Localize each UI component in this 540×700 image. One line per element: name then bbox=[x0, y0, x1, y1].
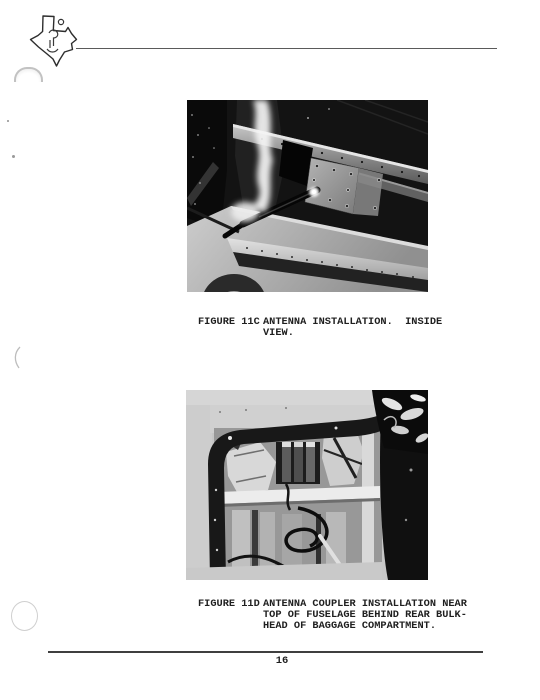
manual-page: FIGURE 11C ANTENNA INSTALLATION. INSIDE … bbox=[0, 0, 540, 700]
figure-11d-photo bbox=[186, 390, 428, 580]
page-number: 16 bbox=[262, 655, 302, 667]
figure-11d-caption: FIGURE 11D ANTENNA COUPLER INSTALLATION … bbox=[198, 599, 467, 631]
antenna-coupler-photo bbox=[186, 390, 428, 580]
scan-artifact-paren bbox=[12, 346, 22, 369]
footer-rule bbox=[48, 651, 483, 653]
caption-line: HEAD OF BAGGAGE COMPARTMENT. bbox=[263, 621, 467, 632]
scan-artifact-ring bbox=[11, 601, 38, 631]
scan-artifact-arc bbox=[14, 67, 43, 82]
header-rule bbox=[76, 48, 497, 49]
antenna-inside-view-photo bbox=[187, 100, 428, 292]
figure-label: FIGURE 11D bbox=[198, 599, 263, 631]
caption-line: TOP OF FUSELAGE BEHIND REAR BULK- bbox=[263, 610, 467, 621]
figure-caption-text: ANTENNA INSTALLATION. INSIDE VIEW. bbox=[263, 317, 442, 339]
figure-caption-text: ANTENNA COUPLER INSTALLATION NEAR TOP OF… bbox=[263, 599, 467, 631]
texas-outline-icon bbox=[27, 13, 81, 69]
scan-artifact-dot bbox=[12, 155, 15, 158]
figure-11c-photo bbox=[187, 100, 428, 292]
texas-logo bbox=[27, 13, 81, 69]
figure-label: FIGURE 11C bbox=[198, 317, 263, 339]
scan-artifact-dot bbox=[7, 120, 9, 122]
figure-11c-caption: FIGURE 11C ANTENNA INSTALLATION. INSIDE … bbox=[198, 317, 442, 339]
caption-line: VIEW. bbox=[263, 328, 442, 339]
